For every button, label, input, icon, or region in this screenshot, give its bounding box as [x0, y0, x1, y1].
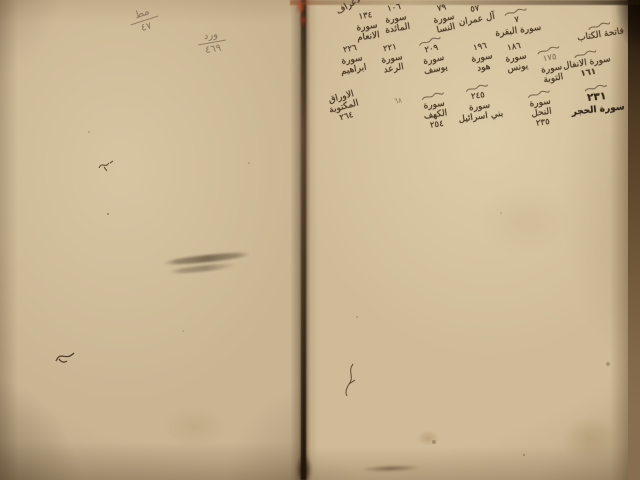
left-page — [0, 0, 302, 480]
pencil-note-primary: ورد ٤٦٩ — [196, 28, 228, 58]
surah-name: سورة يونس — [505, 52, 529, 76]
ink-scribble-icon — [52, 346, 78, 368]
manuscript-photo: فاتحة الكتاب ٧ سورة البقرة ٥٧ آل عمران ٧… — [0, 0, 640, 480]
ink-scribble-icon — [96, 158, 116, 174]
surah-name: سورة النحل — [529, 97, 553, 120]
surah-name: سورة هود — [471, 52, 495, 76]
gutter-crease — [301, 0, 306, 480]
toc-entry-nahl: سورة النحل ٢٣٥ — [515, 87, 568, 132]
cover-fore-edge — [628, 0, 640, 480]
paper-stain — [550, 406, 630, 472]
paper-stain — [460, 170, 590, 270]
toc-entry-hijr: ٢٣١ سورة الحجر — [565, 81, 630, 118]
page-number: ٢٣٥ — [536, 118, 551, 129]
paper-specks — [0, 0, 2, 2]
surah-name: سورة النسا — [433, 12, 458, 36]
page-number: ٧ — [514, 16, 520, 26]
page-number: ٢٥٤ — [430, 120, 445, 131]
surah-name: سورة الانعام — [355, 21, 380, 44]
surah-name: سورة الرعد — [381, 53, 405, 77]
toc-entry-kahf: سورة الكهف ٢٥٤ — [409, 89, 462, 134]
surah-name: سورة الكهف — [422, 98, 448, 121]
ink-scribble-icon — [340, 362, 360, 398]
paper-stain — [412, 427, 444, 449]
stray-number: ٦٨ — [393, 95, 402, 105]
red-binding-mark — [295, 1, 308, 29]
paper-stain — [148, 398, 240, 456]
page-number: ٢٣١ — [587, 91, 607, 104]
surah-name: سورة التوبة — [540, 63, 564, 87]
gutter-bottom-shadow — [294, 446, 314, 480]
